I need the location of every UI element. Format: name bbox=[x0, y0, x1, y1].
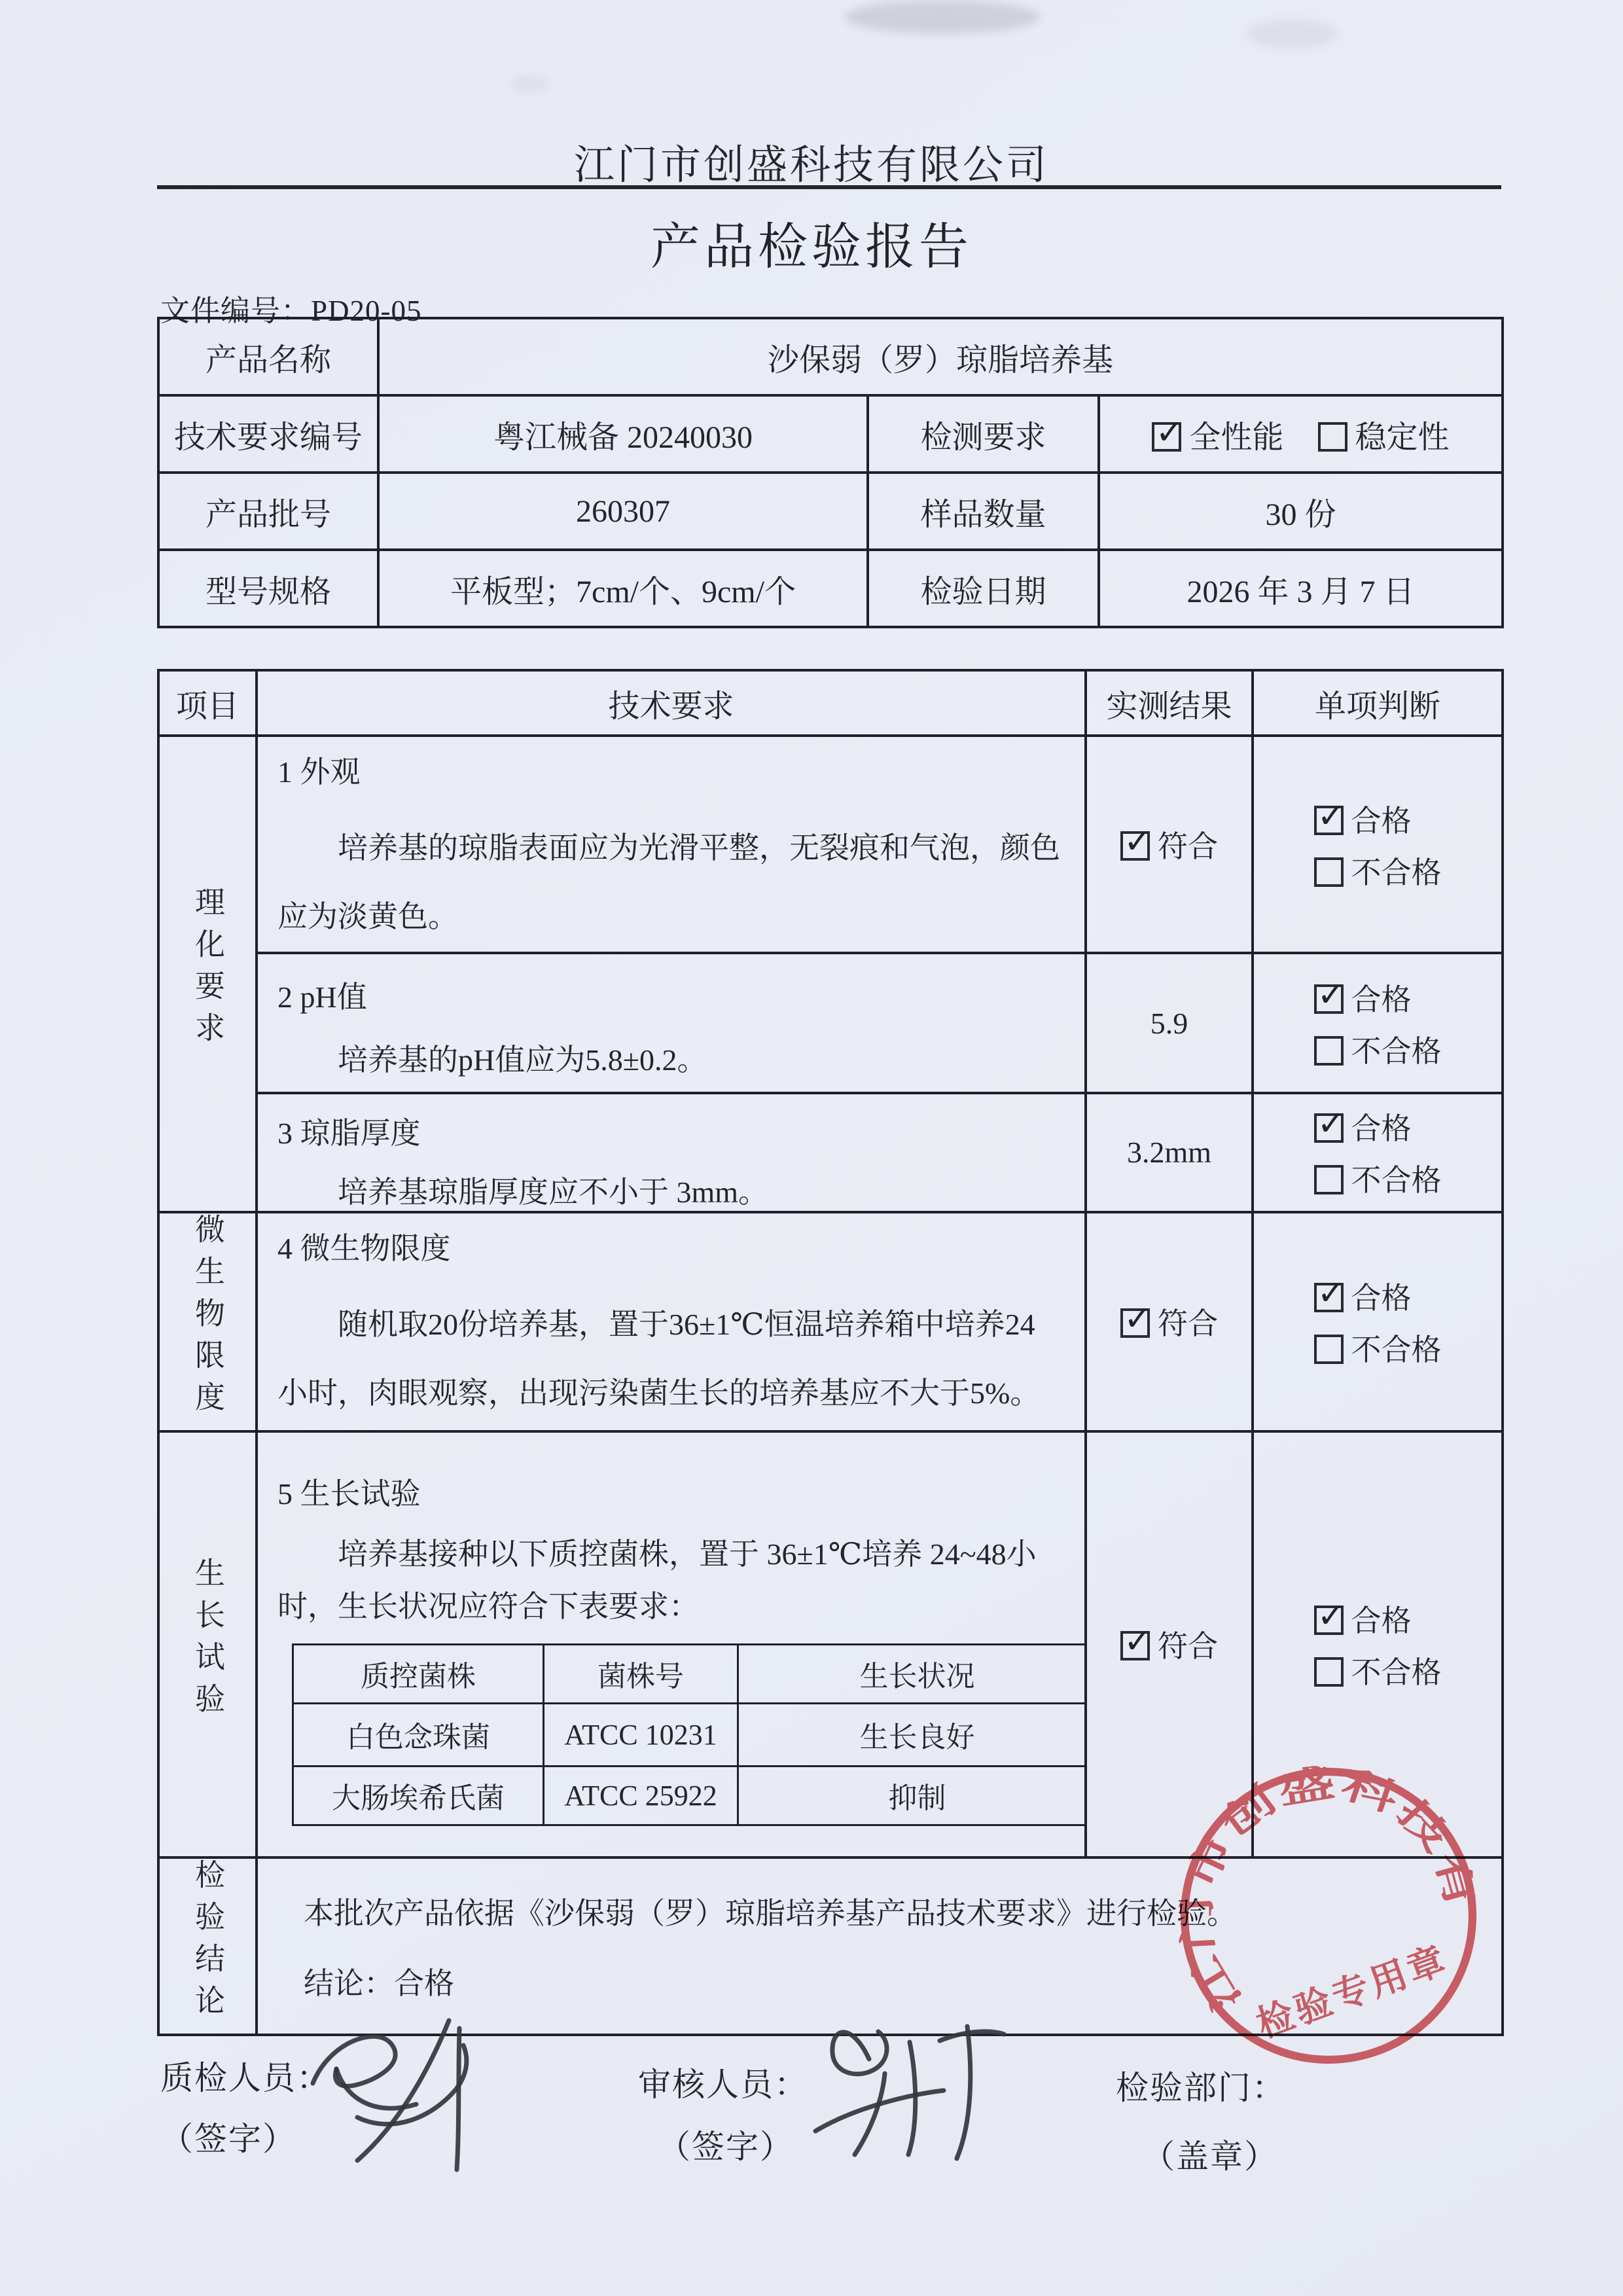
checkbox-checked-icon bbox=[1314, 1605, 1344, 1635]
req-ph: 2 pH值 培养基的pH值应为5.8±0.2。 bbox=[257, 953, 1086, 1093]
checkbox-checked-icon bbox=[1120, 831, 1150, 861]
table-header-row: 项目 技术要求 实测结果 单项判断 bbox=[158, 670, 1503, 736]
result-text: 符合 bbox=[1158, 1630, 1218, 1663]
batch-no-label: 产品批号 bbox=[158, 473, 378, 550]
judgement-agar-thickness: 合格 不合格 bbox=[1253, 1093, 1503, 1211]
strain-col-header: 质控菌株 bbox=[293, 1644, 544, 1703]
strain-no: ATCC 25922 bbox=[544, 1766, 738, 1825]
req-body: 培养基的pH值应为5.8±0.2。 bbox=[277, 1042, 1062, 1078]
fail-label: 不合格 bbox=[1351, 1035, 1442, 1068]
judgement-microbial-limit: 合格 不合格 bbox=[1253, 1212, 1503, 1431]
row-ph: 2 pH值 培养基的pH值应为5.8±0.2。 5.9 合格 不合格 bbox=[158, 953, 1503, 1093]
inspect-dept-sub: （盖章） bbox=[1142, 2130, 1278, 2178]
req-body: 培养基接种以下质控菌株，置于 36±1℃培养 24~48小时，生长状况应符合下表… bbox=[277, 1528, 1062, 1633]
req-title: 1 外观 bbox=[277, 757, 1062, 788]
table-row: 白色念珠菌 ATCC 10231 生长良好 bbox=[293, 1703, 1086, 1766]
product-name-label: 产品名称 bbox=[158, 318, 378, 395]
table-row: 技术要求编号 粤江械备 20240030 检测要求 全性能稳定性 bbox=[158, 395, 1503, 473]
checkbox-checked-icon bbox=[1314, 1113, 1344, 1143]
checkbox-unchecked-icon bbox=[1314, 1657, 1344, 1687]
result-appearance: 符合 bbox=[1086, 736, 1253, 953]
tech-req-no-label: 技术要求编号 bbox=[158, 395, 378, 473]
req-title: 4 微生物限度 bbox=[277, 1233, 1062, 1265]
pass-label: 合格 bbox=[1351, 983, 1412, 1016]
company-name: 江门市创盛科技有限公司 bbox=[0, 132, 1623, 190]
result-agar-thickness: 3.2mm bbox=[1086, 1093, 1253, 1211]
test-req-label: 检测要求 bbox=[868, 395, 1099, 473]
table-row: 产品批号 260307 样品数量 30 份 bbox=[158, 473, 1503, 550]
checkbox-checked-icon bbox=[1120, 1308, 1150, 1338]
row-appearance: 理化要求 1 外观 培养基的琼脂表面应为光滑平整，无裂痕和气泡，颜色应为淡黄色。… bbox=[158, 736, 1503, 953]
pass-label: 合格 bbox=[1351, 804, 1412, 838]
checkbox-unchecked-icon bbox=[1314, 1036, 1344, 1066]
req-microbial-limit: 4 微生物限度 随机取20份培养基，置于36±1℃恒温培养箱中培养24小时，肉眼… bbox=[257, 1212, 1086, 1431]
checkbox-unchecked-icon bbox=[1314, 1165, 1344, 1194]
checkbox-checked-icon bbox=[1152, 422, 1181, 452]
group-conclusion: 检验结论 bbox=[158, 1857, 257, 2035]
strain-no-col-header: 菌株号 bbox=[544, 1644, 738, 1703]
result-microbial-limit: 符合 bbox=[1086, 1212, 1253, 1431]
inspection-report-page: 江门市创盛科技有限公司 产品检验报告 文件编号：PD20-05 产品名称 沙保弱… bbox=[0, 0, 1623, 2296]
col-header-judgement: 单项判断 bbox=[1253, 670, 1503, 736]
judgement-appearance: 合格 不合格 bbox=[1253, 736, 1503, 953]
seal-label-text: 检验专用章 bbox=[1251, 1939, 1454, 2046]
result-text: 符合 bbox=[1158, 1307, 1218, 1340]
model-spec-label: 型号规格 bbox=[158, 550, 378, 627]
req-title: 5 生长试验 bbox=[277, 1479, 1062, 1510]
req-body: 随机取20份培养基，置于36±1℃恒温培养箱中培养24小时，肉眼观察，出现污染菌… bbox=[277, 1291, 1062, 1428]
checkbox-unchecked-icon bbox=[1314, 857, 1344, 887]
result-ph: 5.9 bbox=[1086, 953, 1253, 1093]
growth-status-col-header: 生长状况 bbox=[738, 1644, 1086, 1703]
pass-label: 合格 bbox=[1351, 1112, 1412, 1145]
checkbox-checked-icon bbox=[1314, 1283, 1344, 1312]
batch-no-value: 260307 bbox=[378, 473, 868, 550]
strain-no: ATCC 10231 bbox=[544, 1703, 738, 1766]
sample-qty-value: 30 份 bbox=[1099, 473, 1503, 550]
req-growth-test: 5 生长试验 培养基接种以下质控菌株，置于 36±1℃培养 24~48小时，生长… bbox=[257, 1431, 1086, 1857]
scan-smudge bbox=[1247, 20, 1338, 48]
header-divider bbox=[157, 185, 1501, 189]
scan-smudge bbox=[510, 75, 550, 92]
fail-label: 不合格 bbox=[1351, 856, 1442, 889]
review-person-sub: （签字） bbox=[658, 2121, 794, 2168]
product-info-table: 产品名称 沙保弱（罗）琼脂培养基 技术要求编号 粤江械备 20240030 检测… bbox=[157, 317, 1504, 628]
checkbox-checked-icon bbox=[1120, 1631, 1150, 1660]
qc-person-sub: （签字） bbox=[160, 2113, 296, 2160]
checkbox-checked-icon bbox=[1314, 984, 1344, 1014]
strain-name: 白色念珠菌 bbox=[293, 1703, 544, 1766]
model-spec-value: 平板型；7cm/个、9cm/个 bbox=[378, 550, 868, 627]
row-agar-thickness: 3 琼脂厚度 培养基琼脂厚度应不小于 3mm。 3.2mm 合格 不合格 bbox=[158, 1093, 1503, 1211]
table-header-row: 质控菌株 菌株号 生长状况 bbox=[293, 1644, 1086, 1703]
col-header-result: 实测结果 bbox=[1086, 670, 1253, 736]
group-physchem: 理化要求 bbox=[158, 736, 257, 1212]
col-header-item: 项目 bbox=[158, 670, 257, 736]
report-title: 产品检验报告 bbox=[0, 207, 1623, 278]
judgement-ph: 合格 不合格 bbox=[1253, 953, 1503, 1093]
req-title: 2 pH值 bbox=[277, 982, 1062, 1013]
req-agar-thickness: 3 琼脂厚度 培养基琼脂厚度应不小于 3mm。 bbox=[257, 1093, 1086, 1211]
group-microbial-limit: 微生物限度 bbox=[158, 1212, 257, 1431]
pass-label: 合格 bbox=[1351, 1282, 1412, 1315]
fail-label: 不合格 bbox=[1351, 1164, 1442, 1197]
req-title: 3 琼脂厚度 bbox=[277, 1118, 1062, 1149]
sample-qty-label: 样品数量 bbox=[868, 473, 1099, 550]
table-row: 型号规格 平板型；7cm/个、9cm/个 检验日期 2026 年 3 月 7 日 bbox=[158, 550, 1503, 627]
req-body: 培养基的琼脂表面应为光滑平整，无裂痕和气泡，颜色应为淡黄色。 bbox=[277, 814, 1062, 952]
table-row: 大肠埃希氏菌 ATCC 25922 抑制 bbox=[293, 1766, 1086, 1825]
review-person-label: 审核人员： bbox=[638, 2058, 808, 2106]
growth-status: 生长良好 bbox=[738, 1703, 1086, 1766]
checkbox-unchecked-icon bbox=[1314, 1335, 1344, 1364]
scan-smudge bbox=[844, 0, 1041, 34]
growth-status: 抑制 bbox=[738, 1766, 1086, 1825]
fail-label: 不合格 bbox=[1351, 1333, 1442, 1367]
req-body: 培养基琼脂厚度应不小于 3mm。 bbox=[277, 1174, 1062, 1210]
group-growth-test: 生长试验 bbox=[158, 1431, 257, 1857]
growth-strain-table: 质控菌株 菌株号 生长状况 白色念珠菌 ATCC 10231 生长良好 大肠埃希… bbox=[292, 1643, 1086, 1826]
test-req-options: 全性能稳定性 bbox=[1099, 395, 1503, 473]
result-text: 5.9 bbox=[1150, 1007, 1188, 1040]
checkbox-checked-icon bbox=[1314, 806, 1344, 835]
table-row: 产品名称 沙保弱（罗）琼脂培养基 bbox=[158, 318, 1503, 395]
tech-req-no-value: 粤江械备 20240030 bbox=[378, 395, 868, 473]
option-stability: 稳定性 bbox=[1355, 420, 1450, 455]
checkbox-unchecked-icon bbox=[1318, 422, 1347, 452]
strain-name: 大肠埃希氏菌 bbox=[293, 1766, 544, 1825]
inspect-date-value: 2026 年 3 月 7 日 bbox=[1099, 550, 1503, 627]
result-text: 3.2mm bbox=[1127, 1136, 1211, 1169]
inspect-date-label: 检验日期 bbox=[868, 550, 1099, 627]
req-appearance: 1 外观 培养基的琼脂表面应为光滑平整，无裂痕和气泡，颜色应为淡黄色。 bbox=[257, 736, 1086, 953]
row-microbial-limit: 微生物限度 4 微生物限度 随机取20份培养基，置于36±1℃恒温培养箱中培养2… bbox=[158, 1212, 1503, 1431]
qc-signature bbox=[294, 2006, 504, 2176]
product-name-value: 沙保弱（罗）琼脂培养基 bbox=[378, 318, 1503, 395]
option-full-performance: 全性能 bbox=[1189, 420, 1283, 455]
fail-label: 不合格 bbox=[1351, 1656, 1442, 1689]
review-signature bbox=[792, 2003, 1014, 2166]
col-header-tech-req: 技术要求 bbox=[257, 670, 1086, 736]
result-text: 符合 bbox=[1158, 830, 1218, 863]
pass-label: 合格 bbox=[1351, 1604, 1412, 1638]
